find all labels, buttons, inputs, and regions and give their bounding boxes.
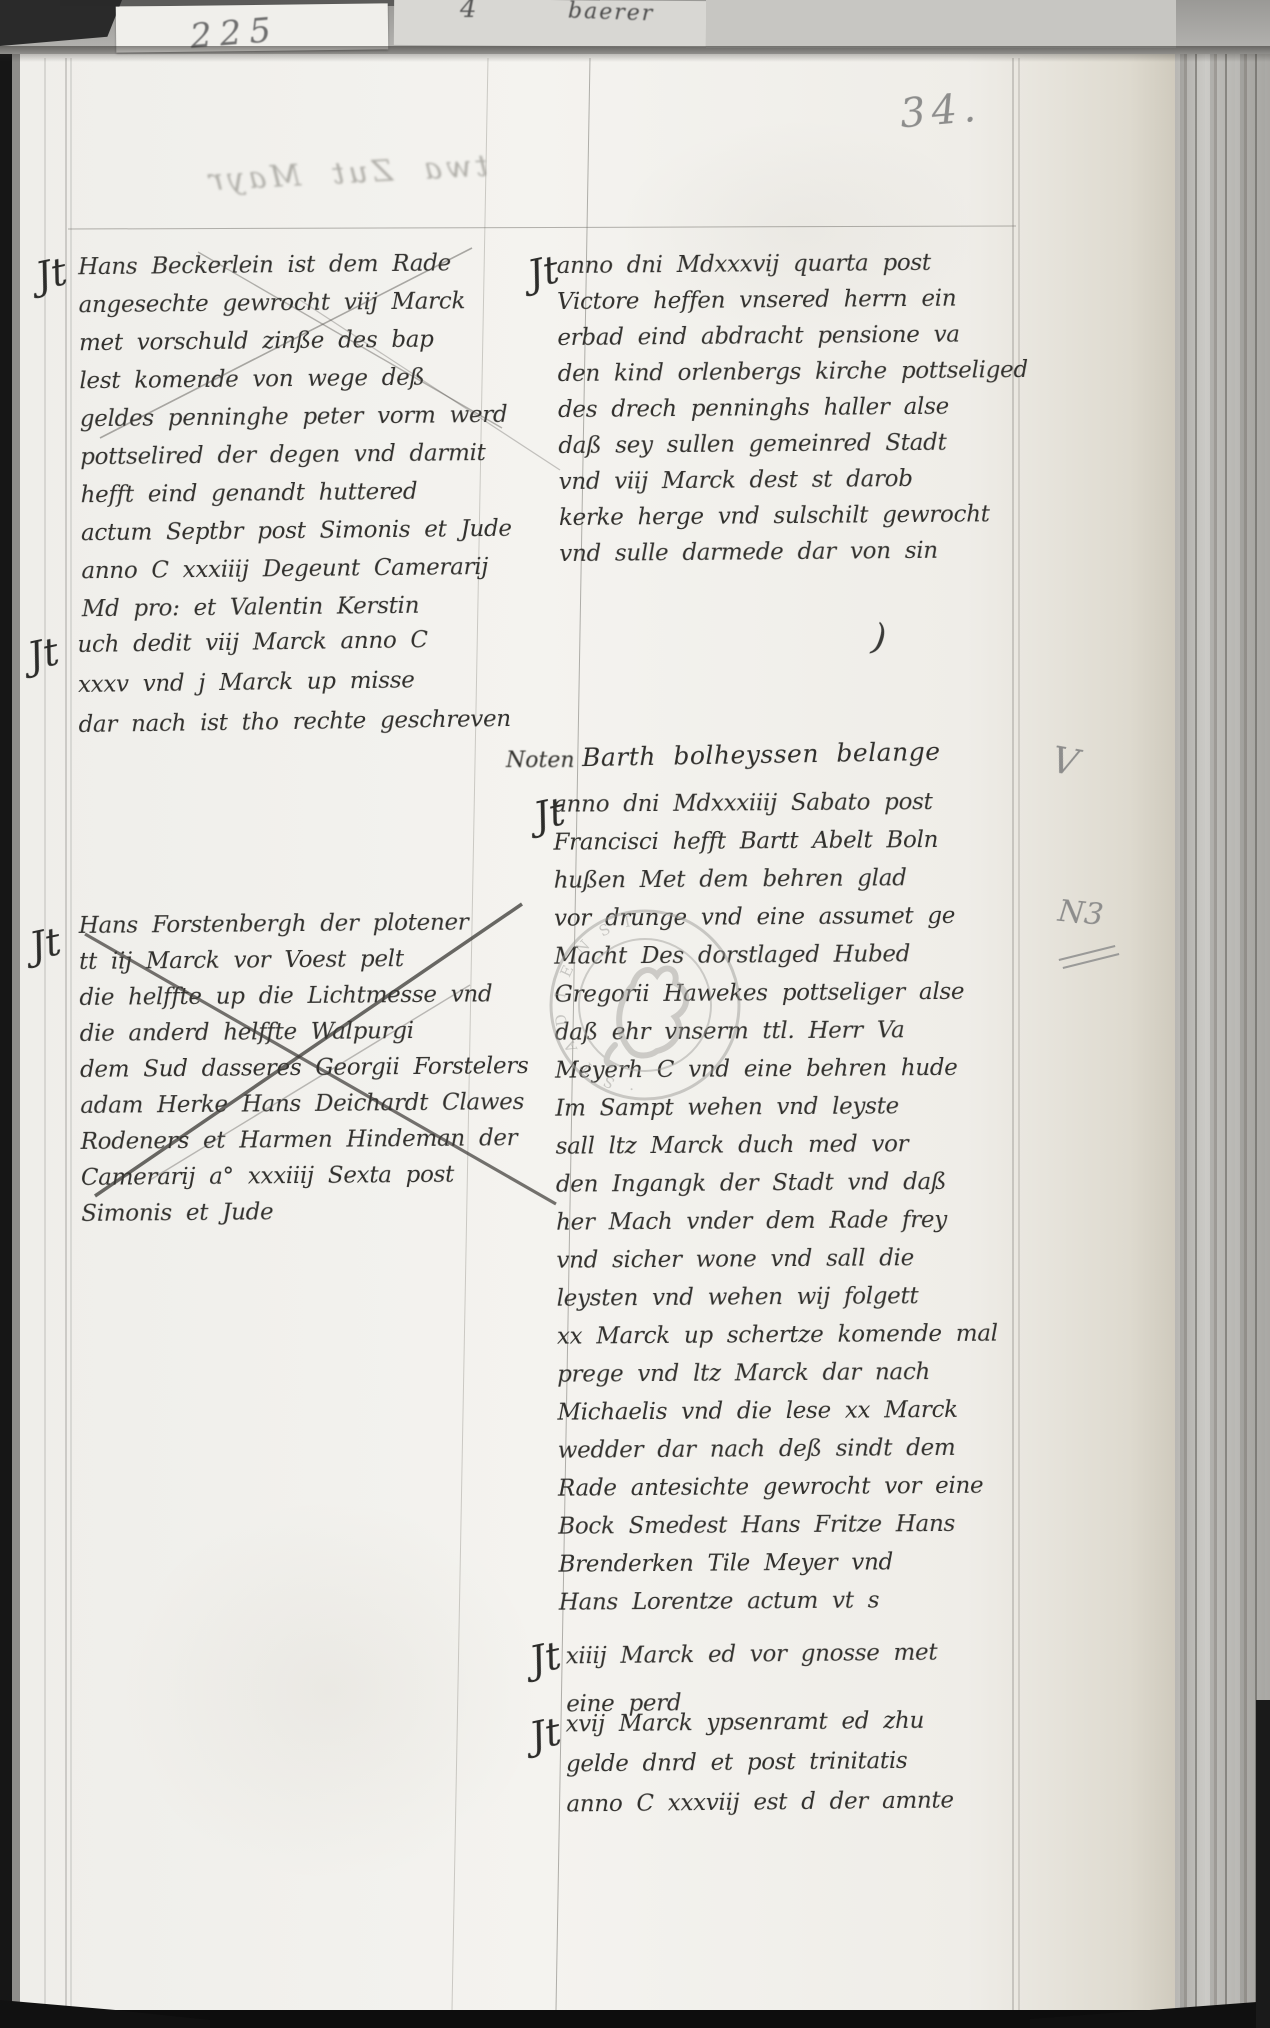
top-left-dark-blob xyxy=(0,0,122,46)
handwritten-line: vnd viij Marck dest st darob xyxy=(558,460,1028,500)
handwritten-line: Gregorii Hawekes pottseliger alse xyxy=(554,972,1034,1013)
page-top-seam xyxy=(0,46,1270,62)
handwritten-line: vnd sulle darmede dar von sin xyxy=(559,532,1029,572)
paper-slip xyxy=(706,0,1176,48)
manuscript-scan-page: 225 4 baerer twa Zut Mayr 34. V N3 Jt Ha… xyxy=(0,0,1270,2028)
handwritten-line: Meyerh C vnd eine behren hude xyxy=(555,1048,1035,1089)
handwritten-line: met vorschuld zinße des bap xyxy=(79,320,509,363)
handwritten-line: hefft eind genandt huttered xyxy=(80,472,510,515)
handwritten-line: vnd sicher wone vnd sall die xyxy=(556,1238,1036,1279)
handwritten-line: Im Sampt wehen vnd leyste xyxy=(555,1086,1035,1127)
handwritten-line: xvij Marck ypsenramt ed zhu xyxy=(565,1700,1035,1745)
handwritten-line: daß ehr vnserm ttl. Herr Va xyxy=(555,1010,1035,1051)
handwritten-line: prege vnd ltz Marck dar nach xyxy=(557,1352,1037,1393)
handwritten-line: dem Sud dasseres Georgii Forstelers xyxy=(80,1048,520,1088)
page-number: 34. xyxy=(898,85,983,138)
handwritten-line: Simonis et Jude xyxy=(81,1192,521,1232)
handwritten-line: den Ingangk der Stadt vnd daß xyxy=(556,1162,1036,1203)
handwritten-line: hußen Met dem behren glad xyxy=(554,858,1034,899)
handwritten-line: gelde dnrd et post trinitatis xyxy=(566,1740,1036,1785)
handwritten-line: Bock Smedest Hans Fritze Hans xyxy=(558,1504,1038,1545)
handwritten-line: xx Marck up schertze komende mal xyxy=(557,1314,1037,1355)
handwritten-line: erbad eind abdracht pensione va xyxy=(557,316,1027,356)
handwritten-line: anno dni Mdxxxiiij Sabato post xyxy=(553,782,1033,823)
handwritten-line: des drech penninghs haller alse xyxy=(558,388,1028,428)
handwritten-line: xxxv vnd j Marck up misse xyxy=(78,659,509,705)
handwritten-line: Macht Des dorstlaged Hubed xyxy=(554,934,1034,975)
handwritten-line: angesechte gewrocht viij Marck xyxy=(78,282,508,325)
ledger-entry: xvij Marck ypsenramt ed zhu gelde dnrd e… xyxy=(565,1700,1036,1825)
handwritten-line: Hans Beckerlein ist dem Rade xyxy=(78,244,508,287)
handwritten-line: Brenderken Tile Meyer vnd xyxy=(558,1542,1038,1583)
ledger-entry: anno dni Mdxxxiiij Sabato post Francisci… xyxy=(553,782,1039,1621)
handwritten-line: Michaelis vnd die lese xx Marck xyxy=(557,1390,1037,1431)
handwritten-line: adam Herke Hans Deichardt Clawes xyxy=(80,1084,520,1124)
ledger-entry: anno dni Mdxxxvij quarta post Victore he… xyxy=(557,244,1030,572)
handwritten-line: geldes penninghe peter vorm werd xyxy=(80,396,510,439)
paper-slip xyxy=(394,0,706,47)
handwritten-line: Hans Forstenbergh der plotener xyxy=(79,904,519,944)
handwritten-line: wedder dar nach deß sindt dem xyxy=(558,1428,1038,1469)
handwritten-line: tt iij Marck vor Voest pelt xyxy=(79,940,519,980)
handwritten-line: pottselired der degen vnd darmit xyxy=(80,434,510,477)
handwritten-line: Camerarij a° xxxiiij Sexta post xyxy=(81,1156,521,1196)
nota-label: Noten xyxy=(506,748,575,773)
handwritten-line: her Mach vnder dem Rade frey xyxy=(556,1200,1036,1241)
scan-left-margin xyxy=(12,0,20,2028)
handwritten-line: actum Septbr post Simonis et Jude xyxy=(81,510,511,553)
ledger-entry: uch dedit viij Marck anno C xxxv vnd j M… xyxy=(77,619,509,745)
handwritten-line: Victore heffen vnsered herrn ein xyxy=(557,280,1027,320)
handwritten-line: die anderd helffte Walpurgi xyxy=(80,1012,520,1052)
handwritten-line: Rodeners et Harmen Hindeman der xyxy=(80,1120,520,1160)
handwritten-line: den kind orlenbergs kirche pottseliged xyxy=(558,352,1028,392)
handwritten-line: uch dedit viij Marck anno C xyxy=(77,619,508,665)
handwritten-line: anno C xxxviij est d der amnte xyxy=(566,1780,1036,1825)
paper-stain xyxy=(120,1500,540,1880)
ledger-entry-cancelled: Hans Forstenbergh der plotener tt iij Ma… xyxy=(79,904,522,1232)
handwritten-line: xiiij Marck ed vor gnosse met xyxy=(566,1628,1026,1681)
scan-left-border xyxy=(0,0,12,2028)
handwritten-line: daß sey sullen gemeinred Stadt xyxy=(558,424,1028,464)
handwritten-line: anno C xxxiiij Degeunt Camerarij xyxy=(81,548,511,591)
handwritten-line: die helffte up die Lichtmesse vnd xyxy=(79,976,519,1016)
handwritten-line: vor drunge vnd eine assumet ge xyxy=(554,896,1034,937)
handwritten-line: Rade antesichte gewrocht vor eine xyxy=(558,1466,1038,1507)
handwritten-line: lest komende von wege deß xyxy=(79,358,509,401)
handwritten-line: Francisci hefft Bartt Abelt Boln xyxy=(553,820,1033,861)
top-edge-script: baerer xyxy=(568,0,655,26)
handwritten-line: sall ltz Marck duch med vor xyxy=(555,1124,1035,1165)
handwritten-line: kerke herge vnd sulschilt gewrocht xyxy=(559,496,1029,536)
scan-right-border xyxy=(1256,1700,1270,2028)
pencil-n3-mark: N3 xyxy=(1056,894,1105,934)
handwritten-line: dar nach ist tho rechte geschreven xyxy=(78,699,509,745)
handwritten-line: leysten vnd wehen wij folgett xyxy=(557,1276,1037,1317)
handwritten-line: Hans Lorentze actum vt s xyxy=(559,1580,1039,1621)
ledger-entry: Hans Beckerlein ist dem Rade angesechte … xyxy=(78,244,512,628)
handwritten-line: anno dni Mdxxxvij quarta post xyxy=(557,244,1027,284)
top-edge-mark: 4 xyxy=(460,0,477,24)
